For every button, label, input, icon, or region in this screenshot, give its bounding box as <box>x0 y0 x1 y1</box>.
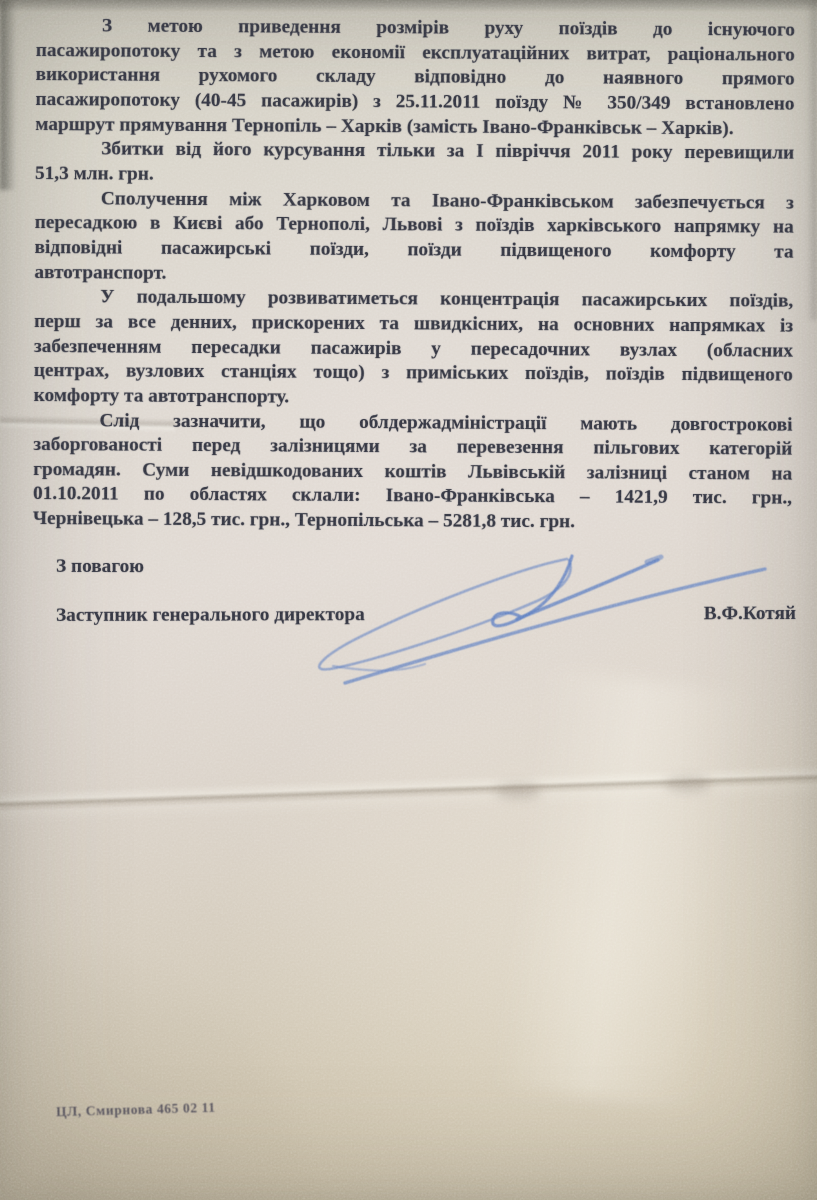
signature-ink <box>295 540 785 705</box>
text-line: Чернівецька – 128,5 тис. грн., Тернопіль… <box>33 507 792 536</box>
document-photo: З метою приведення розмірів руху поїздів… <box>0 0 817 1200</box>
letter-body: З метою приведення розмірів руху поїздів… <box>33 14 795 536</box>
closing-salutation: З повагою <box>56 556 144 578</box>
